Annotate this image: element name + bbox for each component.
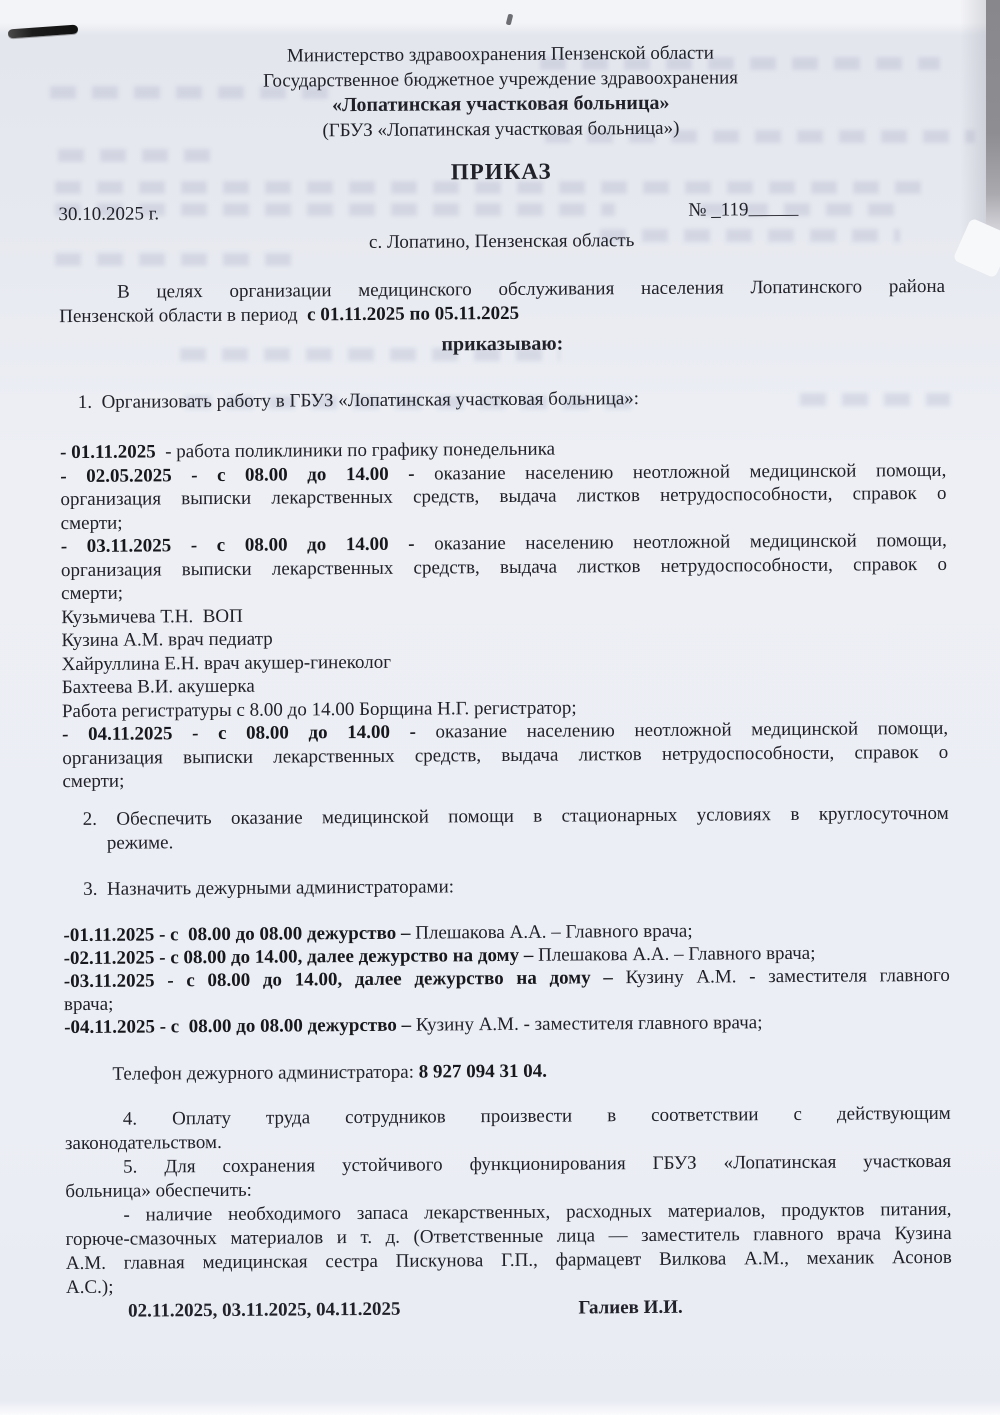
footer-dates: 02.11.2025, 03.11.2025, 04.11.2025 [66, 1297, 401, 1323]
order-items-4-5: 4. Оплату труда сотрудников произвести в… [65, 1101, 952, 1299]
order-item-3: 3. Назначить дежурными администраторами: [63, 871, 949, 901]
signature-name: Галиев И.И. [578, 1295, 682, 1320]
document-body: Министерство здравоохранения Пензенской … [57, 0, 952, 1324]
hospital-abbrev-line: (ГБУЗ «Лопатинская участковая больница») [58, 114, 944, 145]
order-number: № _119 [688, 198, 798, 223]
order-title: ПРИКАЗ [58, 155, 944, 189]
scan-edge-strip [986, 0, 1000, 242]
preamble: В целях организации медицинского обслужи… [59, 275, 945, 329]
footer-row: 02.11.2025, 03.11.2025, 04.11.2025 Галие… [66, 1293, 952, 1323]
scanned-document-page: Министерство здравоохранения Пензенской … [0, 0, 1000, 1415]
document-header: Министерство здравоохранения Пензенской … [57, 39, 944, 145]
date-number-row: 30.10.2025 г. № _119 [58, 197, 944, 227]
order-date: 30.10.2025 г. [58, 202, 159, 227]
schedule-block: - 01.11.2025 - работа поликлиники по гра… [60, 435, 948, 794]
scan-edge-shadow [960, 0, 986, 250]
preamble-line: Пензенской области в период с 01.11.2025… [59, 299, 945, 329]
duty-administrators-block: -01.11.2025 - с 08.00 до 08.00 дежурство… [63, 917, 950, 1038]
order-item-1: 1. Организовать работу в ГБУЗ «Лопатинск… [60, 385, 946, 415]
phone-number: 8 927 094 31 04. [419, 1060, 547, 1082]
duty-phone-line: Телефон дежурного администратора: 8 927 … [64, 1056, 950, 1086]
order-word: приказываю: [59, 329, 945, 359]
order-item-2: 2. Обеспечить оказание медицинской помощ… [63, 801, 949, 855]
duty-line: -04.11.2025 - с 08.00 до 08.00 дежурство… [64, 1009, 950, 1038]
order-place: с. Лопатино, Пензенская область [59, 227, 945, 257]
period-dates: с 01.11.2025 по 05.11.2025 [307, 303, 519, 325]
number-underline [749, 215, 799, 216]
